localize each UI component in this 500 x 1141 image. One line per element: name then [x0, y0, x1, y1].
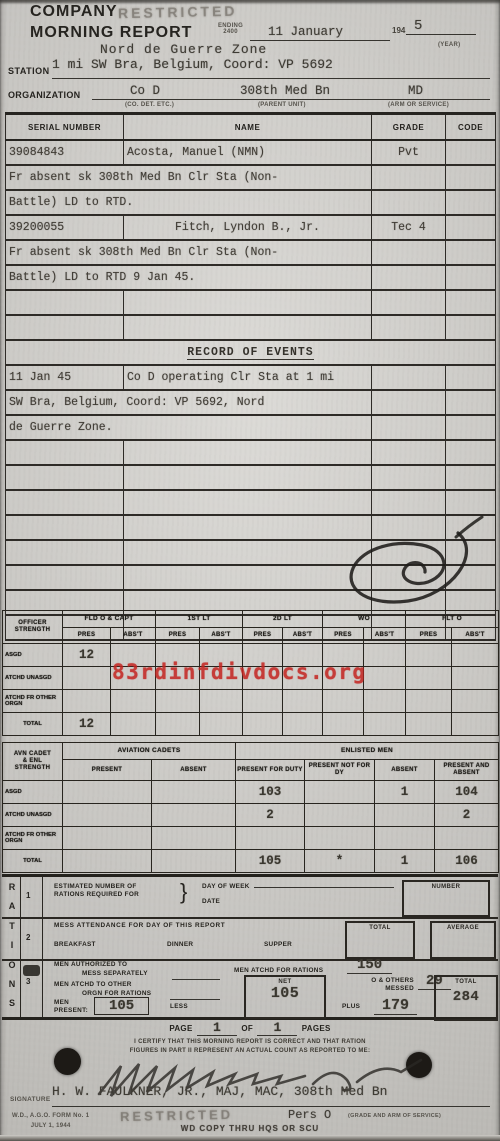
pres-header: PRES — [243, 628, 283, 644]
cell-value — [152, 850, 236, 873]
grade-cell-empty — [372, 365, 446, 390]
rations-row-estimated: ESTIMATED NUMBER OF RATIONS REQUIRED FOR… — [2, 877, 498, 919]
event-row: SW Bra, Belgium, Coord: VP 5692, Nord — [6, 390, 496, 415]
year-caption: (YEAR) — [438, 42, 460, 48]
serial-value: 39084843 — [6, 140, 124, 165]
grade-value: Tec 4 — [372, 215, 446, 240]
net-box: NET 105 — [244, 975, 326, 1019]
name-value: Acosta, Manuel (NMN) — [124, 140, 372, 165]
sub-present: PRESENT — [63, 760, 152, 781]
roster-row-acosta: 39084843 Acosta, Manuel (NMN) Pvt — [6, 140, 496, 165]
roster-empty-row — [6, 490, 496, 515]
enlisted-row-atchd-other: ATCHD FR OTHER ORGN — [3, 827, 499, 850]
group-1st-lt: 1ST LT — [156, 611, 243, 628]
roster-row-fitch: 39200055 Fitch, Lyndon B., Jr. Tec 4 — [6, 215, 496, 240]
mess-total-box: TOTAL — [345, 921, 415, 959]
record-of-events-title: RECORD OF EVENTS — [187, 346, 313, 360]
cell-value — [375, 804, 435, 827]
code-value — [446, 215, 496, 240]
sub-present-not-for-dy: PRESENT NOT FOR DY — [305, 760, 375, 781]
plus-label: PLUS — [342, 1003, 360, 1011]
dinner-label: DINNER — [167, 941, 193, 949]
grade-cell-empty — [372, 415, 446, 440]
punch-hole-left — [54, 1048, 81, 1075]
officer-row-total: TOTAL 12 — [3, 713, 499, 736]
cell-value: 2 — [435, 804, 499, 827]
rations-row-men: MEN AUTHORIZED TO MESS SEPARATELY MEN AT… — [2, 959, 498, 1014]
group-wo: WO — [323, 611, 406, 628]
row-label: ATCHD FR OTHER ORGN — [3, 690, 63, 713]
remark-text: Fr absent sk 308th Med Bn Clr Sta (Non- — [6, 165, 372, 190]
watermark: 83rdinfdivdocs.org — [112, 660, 367, 684]
cell-value — [406, 644, 452, 667]
abst-header: ABS'T — [364, 628, 406, 644]
group-flt-o: FLT O — [406, 611, 499, 628]
date-label: DATE — [202, 898, 220, 906]
restricted-stamp-top: RESTRICTED — [118, 3, 238, 21]
grade-cell-empty — [372, 190, 446, 215]
cell-value: 106 — [435, 850, 499, 873]
restricted-stamp-bottom: RESTRICTED — [120, 1107, 233, 1124]
row-label: ASGD — [3, 644, 63, 667]
cell-value: 1 — [375, 781, 435, 804]
code-cell-empty — [446, 390, 496, 415]
ending-time: 2400 — [218, 29, 243, 35]
grade-cell-empty — [372, 265, 446, 290]
pages-value: 1 — [257, 1020, 297, 1036]
average-box: AVERAGE — [430, 921, 496, 959]
org-arm-value: MD — [408, 84, 423, 98]
row-label: ATCHD FR OTHER ORGN — [3, 827, 63, 850]
company-label: COMPANY — [30, 3, 118, 21]
cell-value: 1 — [375, 850, 435, 873]
group-2d-lt: 2D LT — [243, 611, 323, 628]
station-label: STATION — [8, 66, 50, 76]
cell-value: 2 — [236, 804, 305, 827]
event-row: de Guerre Zone. — [6, 415, 496, 440]
form-number: W.D., A.G.O. FORM No. 1 JULY 1, 1944 — [12, 1112, 89, 1131]
sub-present-for-duty: PRESENT FOR DUTY — [236, 760, 305, 781]
pres-header: PRES — [323, 628, 364, 644]
record-of-events-header-row: RECORD OF EVENTS — [6, 340, 496, 365]
remark-text: Battle) LD to RTD. — [6, 190, 372, 215]
cell-value — [305, 804, 375, 827]
cell-value: 105 — [236, 850, 305, 873]
plus-value: 179 — [374, 997, 417, 1015]
code-cell-empty — [446, 165, 496, 190]
serial-value: 39200055 — [6, 215, 124, 240]
rations-section: RA TI ON S 1 2 3 ESTIMATED NUMBER OF RAT… — [2, 874, 498, 1020]
year-printed: 194 — [392, 26, 405, 35]
abst-header: ABS'T — [452, 628, 499, 644]
less-label: LESS — [170, 1003, 188, 1011]
org-caption-unit: (CO. DET. ETC.) — [125, 102, 174, 108]
pen-scribble — [330, 515, 485, 623]
enlisted-row-total: TOTAL 105 * 1 106 — [3, 850, 499, 873]
cell-value — [152, 781, 236, 804]
roster-remark-row: Battle) LD to RTD 9 Jan 45. — [6, 265, 496, 290]
roster-header-row: SERIAL NUMBER NAME GRADE CODE — [6, 114, 496, 141]
row-label: TOTAL — [3, 850, 63, 873]
form-header: COMPANY RESTRICTED MORNING REPORT ENDING… — [0, 0, 500, 112]
code-cell-empty — [446, 240, 496, 265]
report-date-value: 11 January — [268, 25, 343, 39]
row-label: ATCHD UNASGD — [3, 667, 63, 690]
cell-value: 12 — [63, 644, 111, 667]
enlisted-strength-table: AVN CADET & ENL STRENGTH AVIATION CADETS… — [2, 742, 499, 873]
organization-label: ORGANIZATION — [8, 90, 80, 100]
mess-attendance-label: MESS ATTENDANCE FOR DAY OF THIS REPORT — [54, 922, 225, 930]
page-line: PAGE 1 OF 1 PAGES — [0, 1018, 500, 1036]
pers-o-value: Pers O — [288, 1108, 331, 1122]
roster-remark-row: Fr absent sk 308th Med Bn Clr Sta (Non- — [6, 240, 496, 265]
org-parent-value: 308th Med Bn — [240, 84, 330, 98]
enlisted-strength-corner: AVN CADET & ENL STRENGTH — [3, 743, 63, 781]
pres-header: PRES — [156, 628, 200, 644]
roster-empty-row — [6, 290, 496, 315]
org-unit-value: Co D — [130, 84, 160, 98]
pres-header: PRES — [406, 628, 452, 644]
rations-row-mess-attendance: MESS ATTENDANCE FOR DAY OF THIS REPORT B… — [2, 917, 498, 961]
of-label: OF — [241, 1024, 253, 1033]
grade-value: Pvt — [372, 140, 446, 165]
rations-total-box: TOTAL 284 — [434, 975, 498, 1021]
cell-value — [63, 781, 152, 804]
row-label: TOTAL — [3, 713, 63, 736]
enlisted-row-asgd: ASGD 103 1 104 — [3, 781, 499, 804]
roster-empty-row — [6, 440, 496, 465]
year-typed-value: 5 — [406, 18, 476, 35]
report-title: MORNING REPORT — [30, 24, 192, 42]
group-fld-o-capt: FLD O & CAPT — [63, 611, 156, 628]
cell-value: 103 — [236, 781, 305, 804]
wd-copy-line: WD COPY THRU HQS OR SCU — [110, 1124, 390, 1133]
signature-typed-name: H. W. FAULKNER, JR., MAJ, MAC, 308th Med… — [52, 1084, 387, 1099]
code-cell-empty — [446, 190, 496, 215]
code-value — [446, 140, 496, 165]
remark-text: Battle) LD to RTD 9 Jan 45. — [6, 265, 372, 290]
grade-cell-empty — [372, 390, 446, 415]
breakfast-label: BREAKFAST — [54, 941, 96, 949]
col-grade: GRADE — [372, 114, 446, 141]
org-caption-arm: (ARM OR SERVICE) — [388, 102, 449, 108]
form-footer: I CERTIFY THAT THIS MORNING REPORT IS CO… — [0, 1036, 500, 1141]
code-cell-empty — [446, 365, 496, 390]
cell-value: * — [305, 850, 375, 873]
sub-absent: ABSENT — [152, 760, 236, 781]
cell-value: 12 — [63, 713, 111, 736]
enlisted-row-atchd-unasgd: ATCHD UNASGD 2 2 — [3, 804, 499, 827]
name-value: Fitch, Lyndon B., Jr. — [124, 215, 372, 240]
men-authorized-label: MEN AUTHORIZED TO — [54, 961, 127, 969]
roster-remark-row: Battle) LD to RTD. — [6, 190, 496, 215]
event-text: Co D operating Clr Sta at 1 mi — [124, 365, 372, 390]
col-code: CODE — [446, 114, 496, 141]
group-aviation-cadets: AVIATION CADETS — [63, 743, 236, 760]
abst-header: ABS'T — [111, 628, 156, 644]
sub-absent2: ABSENT — [375, 760, 435, 781]
brace: } — [180, 879, 187, 905]
code-cell-empty — [446, 265, 496, 290]
page-label: PAGE — [169, 1024, 192, 1033]
grade-arm-caption: (GRADE AND ARM OF SERVICE) — [348, 1113, 441, 1119]
signature-label: SIGNATURE — [10, 1096, 51, 1103]
abst-header: ABS'T — [283, 628, 323, 644]
mess-separately-label: MESS SEPARATELY — [82, 970, 148, 978]
men-atchd-rations-value: 150 — [347, 957, 392, 974]
grade-cell-empty — [372, 165, 446, 190]
event-row: 11 Jan 45 Co D operating Clr Sta at 1 mi — [6, 365, 496, 390]
station-value: 1 mi SW Bra, Belgium, Coord: VP 5692 — [52, 57, 333, 72]
event-text: de Guerre Zone. — [6, 415, 372, 440]
row-label: ATCHD UNASGD — [3, 804, 63, 827]
roster-remark-row: Fr absent sk 308th Med Bn Clr Sta (Non- — [6, 165, 496, 190]
roster-empty-row — [6, 315, 496, 340]
officer-strength-corner: OFFICERSTRENGTH — [3, 611, 63, 644]
cell-value: 104 — [435, 781, 499, 804]
code-cell-empty — [446, 415, 496, 440]
pres-header: PRES — [63, 628, 111, 644]
row-label: ASGD — [3, 781, 63, 804]
scan-bottom-edge — [0, 1135, 500, 1141]
men-atchd-rations-label: MEN ATCHD FOR RATIONS — [234, 967, 323, 975]
officer-row-atchd-other: ATCHD FR OTHER ORGN — [3, 690, 499, 713]
cell-value — [63, 804, 152, 827]
org-caption-parent: (PARENT UNIT) — [258, 102, 306, 108]
cell-value — [152, 804, 236, 827]
col-serial-number: SERIAL NUMBER — [6, 114, 124, 141]
pages-label: PAGES — [302, 1024, 331, 1033]
cell-value — [452, 644, 499, 667]
group-enlisted-men: ENLISTED MEN — [236, 743, 499, 760]
men-present-value: 105 — [94, 997, 149, 1015]
col-name: NAME — [124, 114, 372, 141]
grade-cell-empty — [372, 240, 446, 265]
event-text: SW Bra, Belgium, Coord: VP 5692, Nord — [6, 390, 372, 415]
number-box: NUMBER — [402, 880, 490, 917]
day-of-week-label: DAY OF WEEK — [202, 883, 250, 891]
remark-text: Fr absent sk 308th Med Bn Clr Sta (Non- — [6, 240, 372, 265]
event-date: 11 Jan 45 — [6, 365, 124, 390]
cell-value — [364, 644, 406, 667]
supper-label: SUPPER — [264, 941, 292, 949]
cell-value — [63, 850, 152, 873]
morning-report-scan: COMPANY RESTRICTED MORNING REPORT ENDING… — [0, 0, 500, 1141]
sub-present-and-absent: PRESENT AND ABSENT — [435, 760, 499, 781]
page-value: 1 — [197, 1020, 237, 1036]
atchd-other-label: MEN ATCHD TO OTHER — [54, 981, 132, 989]
cell-value — [305, 781, 375, 804]
roster-empty-row — [6, 465, 496, 490]
abst-header: ABS'T — [200, 628, 243, 644]
